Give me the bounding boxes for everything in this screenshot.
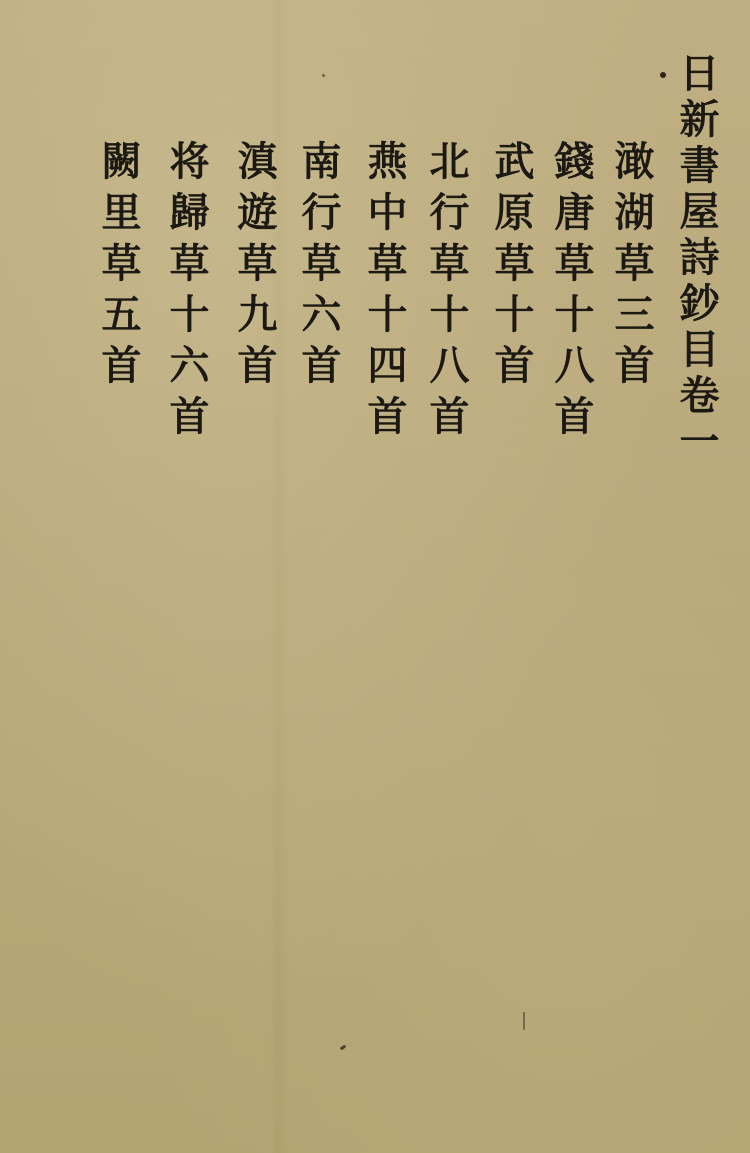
paper-blemish (340, 1045, 347, 1051)
toc-entry-7: 滇遊草九首 (226, 140, 283, 395)
punctuation-dot (660, 72, 666, 78)
toc-entry-4: 北行草十八首 (418, 140, 475, 446)
document-page: 日新書屋詩鈔目卷一 澉湖草三首 錢唐草十八首 武原草十首 北行草十八首 燕中草十… (0, 0, 750, 1153)
toc-title: 日新書屋詩鈔目卷一 (668, 52, 725, 466)
toc-entry-9: 闕里草五首 (90, 140, 147, 395)
toc-entry-3: 武原草十首 (483, 140, 540, 395)
toc-entry-1: 澉湖草三首 (603, 140, 660, 395)
toc-entry-5: 燕中草十四首 (356, 140, 413, 446)
toc-entry-8: 将歸草十六首 (158, 140, 215, 446)
toc-entry-2: 錢唐草十八首 (543, 140, 600, 446)
paper-blemish (322, 74, 325, 77)
paper-blemish (523, 1012, 525, 1030)
toc-entry-6: 南行草六首 (290, 140, 347, 395)
